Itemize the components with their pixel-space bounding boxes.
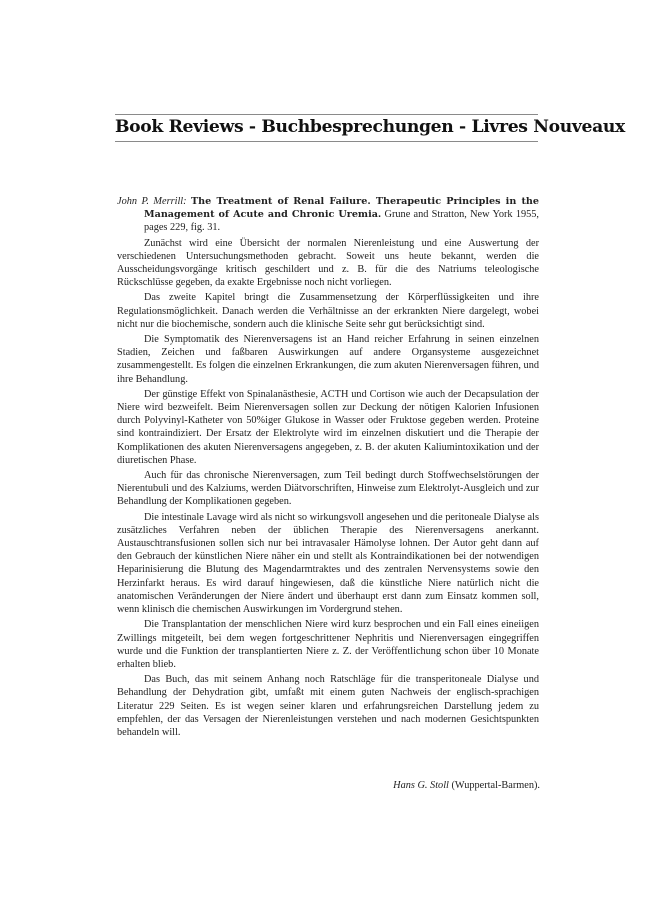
review-citation: John P. Merrill: The Treatment of Renal … — [117, 195, 539, 235]
book-review: John P. Merrill: The Treatment of Renal … — [117, 195, 539, 739]
review-paragraph: Das Buch, das mit seinem Anhang noch Rat… — [117, 673, 539, 739]
review-paragraph: Die intestinale Lavage wird als nicht so… — [117, 511, 539, 617]
review-paragraph: Zunächst wird eine Übersicht der normale… — [117, 237, 539, 290]
header-rule-bottom — [115, 141, 538, 142]
reviewer-name: Hans G. Stoll — [393, 780, 449, 791]
journal-page: Book Reviews - Buchbesprechungen - Livre… — [0, 0, 646, 909]
header-rule-top — [115, 114, 538, 115]
review-paragraph: Die Transplantation der menschlichen Nie… — [117, 618, 539, 671]
review-paragraph: Auch für das chronische Nierenversagen, … — [117, 469, 539, 509]
reviewer-location: (Wuppertal-Barmen). — [452, 780, 541, 791]
section-title: Book Reviews - Buchbesprechungen - Livre… — [115, 117, 545, 137]
review-paragraph: Das zweite Kapitel bringt die Zusammense… — [117, 291, 539, 331]
review-paragraph: Die Symptomatik des Nierenversagens ist … — [117, 333, 539, 386]
book-author: John P. Merrill: — [117, 196, 187, 207]
reviewer-signature: Hans G. Stoll (Wuppertal-Barmen). — [360, 780, 540, 791]
review-paragraph: Der günstige Effekt von Spinalanästhesie… — [117, 388, 539, 467]
